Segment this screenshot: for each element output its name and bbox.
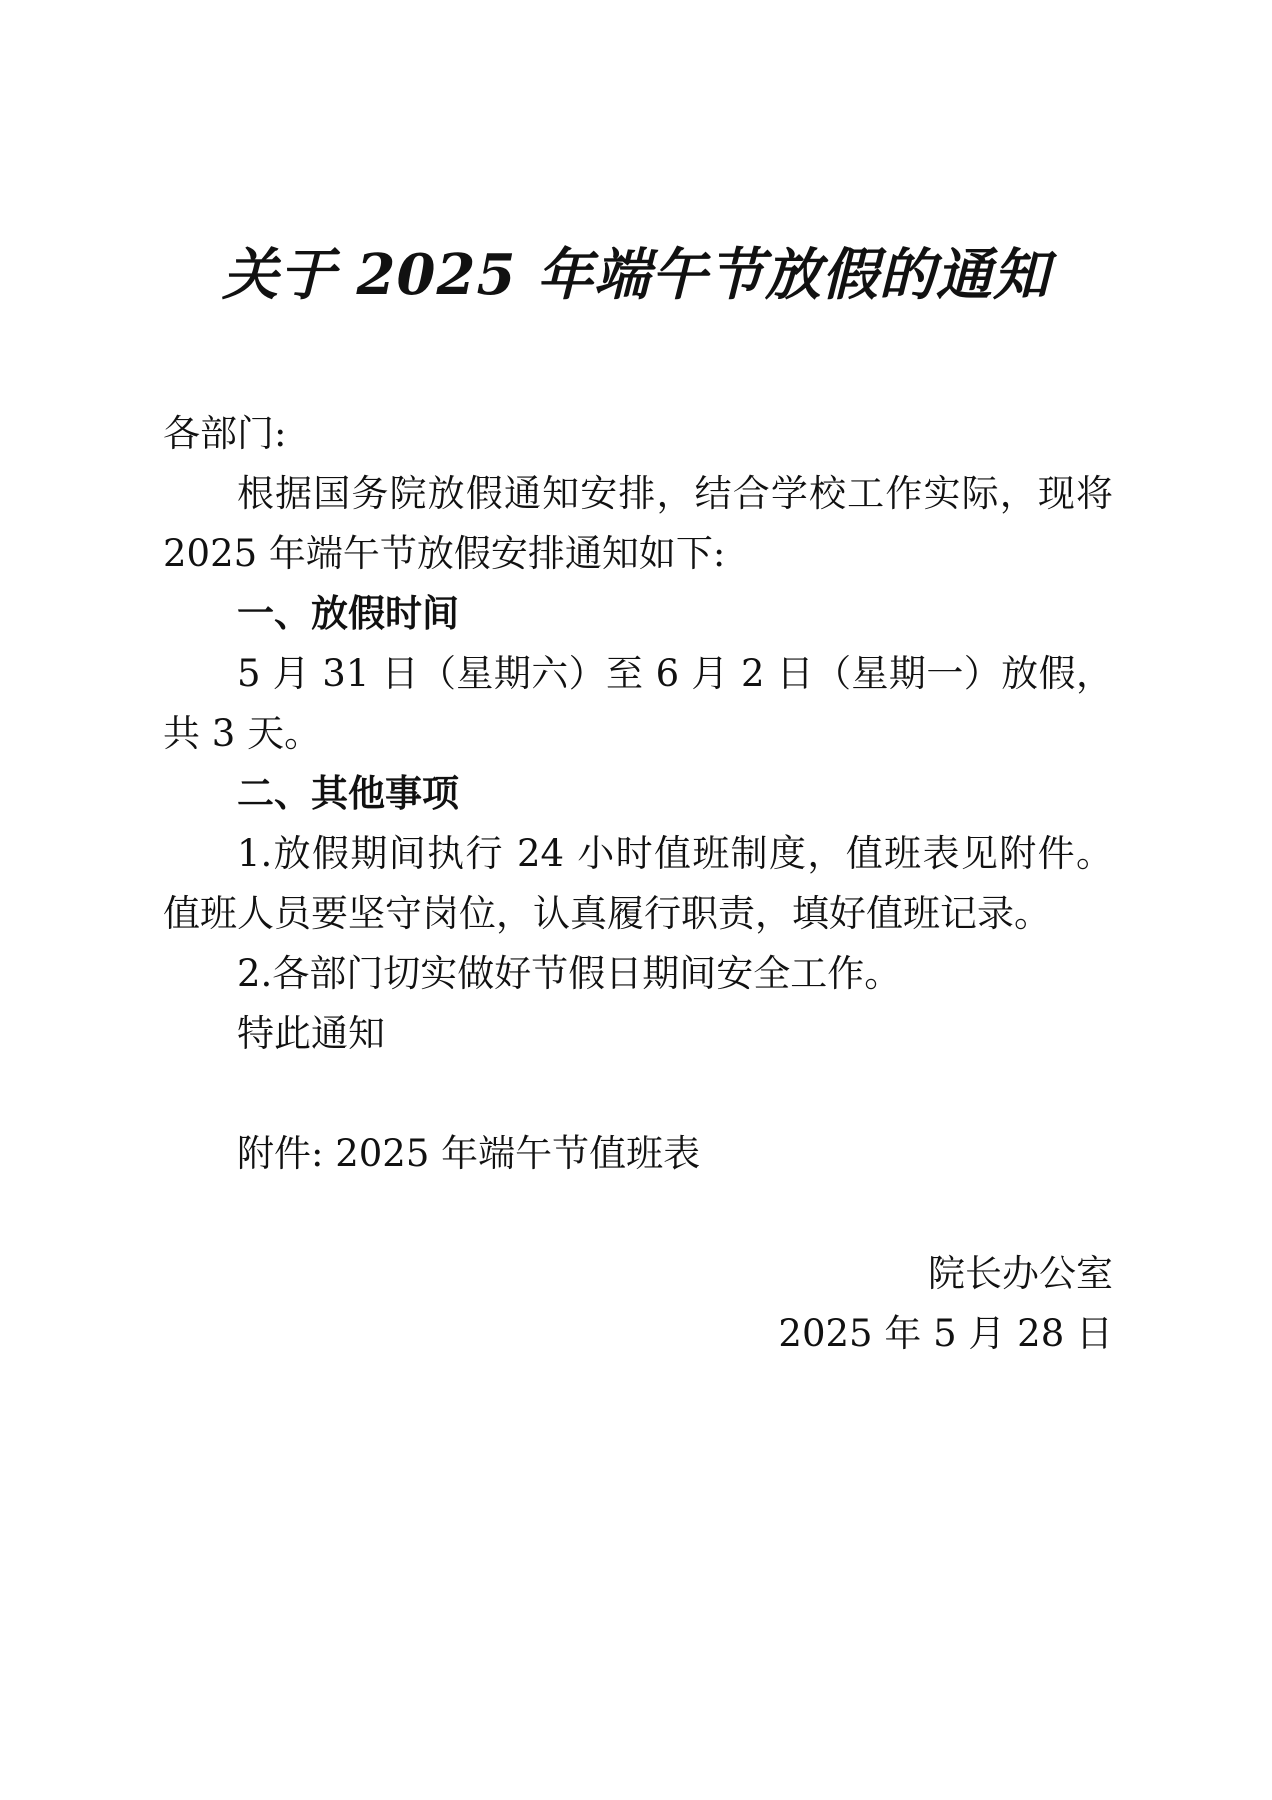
closing-note: 特此通知 — [163, 1004, 1113, 1064]
section-1-heading: 一、放假时间 — [163, 584, 1113, 644]
notice-page: 关于 2025 年端午节放假的通知 各部门: 根据国务院放假通知安排，结合学校工… — [0, 0, 1272, 1800]
intro-paragraph: 根据国务院放假通知安排，结合学校工作实际，现将 2025 年端午节放假安排通知如… — [163, 464, 1113, 584]
document-title: 关于 2025 年端午节放假的通知 — [0, 240, 1272, 310]
spacer — [163, 1184, 1113, 1244]
attachment-note: 附件: 2025 年端午节值班表 — [163, 1124, 1113, 1184]
section-2-item-1: 1.放假期间执行 24 小时值班制度，值班表见附件。值班人员要坚守岗位，认真履行… — [163, 824, 1113, 944]
salutation: 各部门: — [163, 404, 1113, 464]
document-body: 各部门: 根据国务院放假通知安排，结合学校工作实际，现将 2025 年端午节放假… — [163, 404, 1113, 1364]
spacer — [163, 1064, 1113, 1124]
signature-office: 院长办公室 — [163, 1244, 1113, 1304]
section-1-paragraph: 5 月 31 日（星期六）至 6 月 2 日（星期一）放假，共 3 天。 — [163, 644, 1113, 764]
section-2-item-2: 2.各部门切实做好节假日期间安全工作。 — [163, 944, 1113, 1004]
section-2-heading: 二、其他事项 — [163, 764, 1113, 824]
signature-date: 2025 年 5 月 28 日 — [163, 1304, 1113, 1364]
